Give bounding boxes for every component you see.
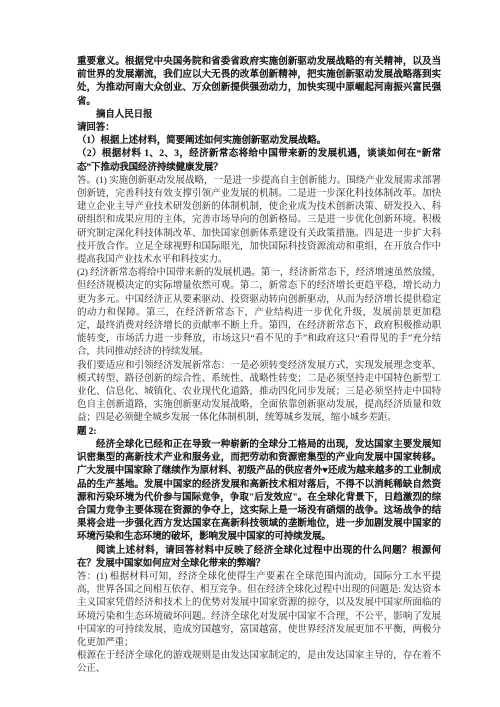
question2-material: 经济全球化已经和正在导致一种崭新的全球分工格局的出现，发达国家主要发展知识密集型… bbox=[77, 439, 441, 545]
question-1: （1）根据上述材料，简要阐述如何实施创新驱动发展战略。 bbox=[77, 135, 441, 148]
answer-prompt: 请回答： bbox=[77, 122, 441, 135]
answer-q2-part1: 答：(1) 根据材料可知，经济全球化使得生产要素在全球范围内流动，国际分工水平提… bbox=[77, 571, 441, 650]
material1-continuation-text: 重要意义。根据党中央国务院和省委省政府实施创新驱动发展战略的有关精神，以及当前世… bbox=[77, 56, 441, 109]
answer-q2-part2: 根源在于经济全球化的游戏规则是由发达国家制定的，是由发达国家主导的，存在着不公正… bbox=[77, 650, 441, 676]
answer-q1-part1: 答。(1) 实施创新驱动发展战略，一是进一步提高自主创新能力。围绕产业发展需求部… bbox=[77, 175, 441, 267]
document-page: 重要意义。根据党中央国务院和省委省政府实施创新驱动发展战略的有关精神，以及当前世… bbox=[0, 0, 500, 707]
source-attribution: 摘自人民日报 bbox=[77, 109, 441, 122]
answer-q1-part2: (2) 经济新常态将给中国带来新的发展机遇。第一，经济新常态下，经济增速虽然放缓… bbox=[77, 267, 441, 359]
answer-q1-part3: 我们要适应和引领经济发展新常态：一是必须转变经济发展方式，实现发展理念变革、模式… bbox=[77, 360, 441, 426]
question2-heading: 题 2: bbox=[77, 426, 441, 439]
question-2: （2）根据材料 1、2、3，经济新常态将给中国带来新的发展机遇，谈谈如何在“新常… bbox=[77, 148, 441, 174]
question2-prompt: 阅读上述材料，请回答材料中反映了经济全球化过程中出现的什么问题？根源何在？发展中… bbox=[77, 545, 441, 571]
document-text-block: 重要意义。根据党中央国务院和省委省政府实施创新驱动发展战略的有关精神，以及当前世… bbox=[77, 56, 441, 677]
